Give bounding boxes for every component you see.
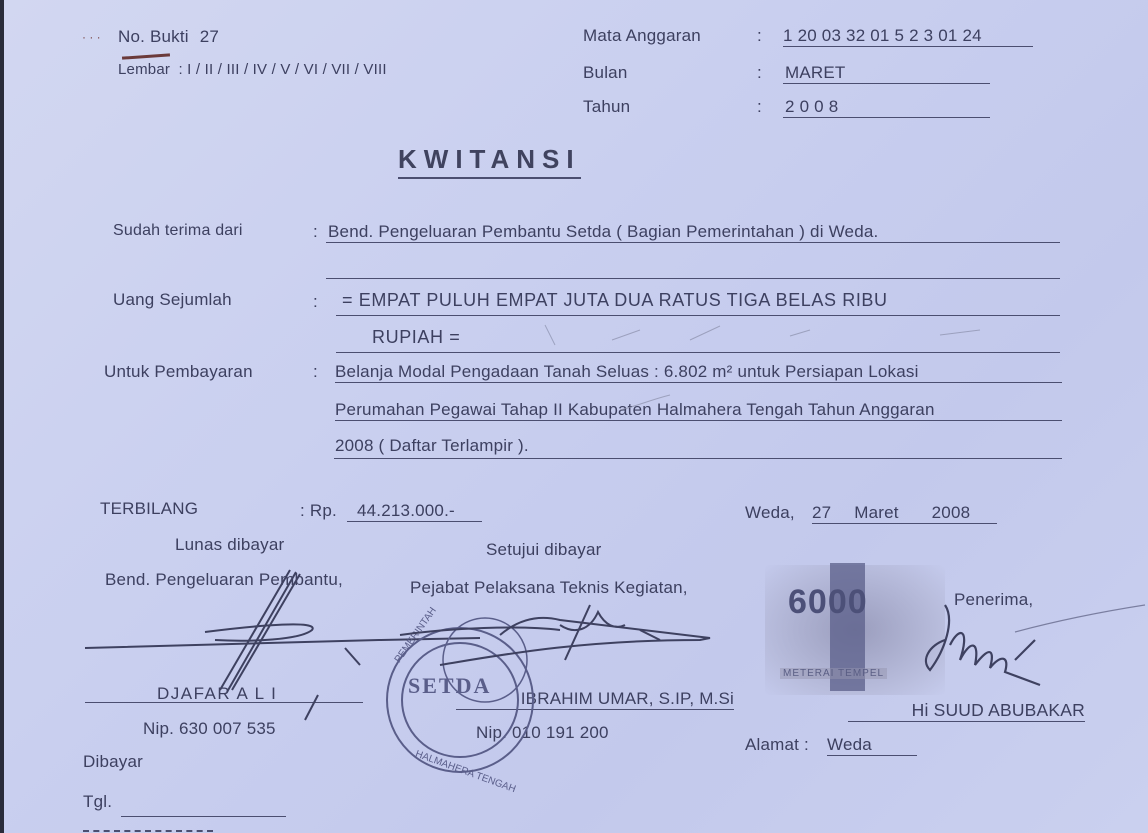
lembar-field: Lembar : I / II / III / IV / V / VI / VI… (118, 61, 387, 78)
sudah-terima-value: Bend. Pengeluaran Pembantu Setda ( Bagia… (328, 222, 878, 242)
svg-text:HALMAHERA TENGAH: HALMAHERA TENGAH (414, 749, 517, 796)
line (326, 278, 1060, 279)
sudah-terima-label: Sudah terima dari (113, 222, 243, 240)
dibayar-label: Dibayar (83, 752, 143, 772)
date-year: 2008 (932, 503, 971, 522)
document-title: KWITANSI (398, 144, 581, 179)
line (336, 315, 1060, 316)
purpose-line3: 2008 ( Daftar Terlampir ). (335, 436, 529, 456)
center-role: Pejabat Pelaksana Teknis Kegiatan, (410, 578, 688, 598)
svg-text:PEMERINTAH: PEMERINTAH (393, 605, 439, 664)
line (336, 352, 1060, 353)
amount-in-words-line2: RUPIAH = (372, 327, 460, 348)
rp-prefix: : Rp. (300, 501, 337, 521)
revenue-stamp-value: 6000 (788, 583, 868, 622)
bulan-label: Bulan (583, 63, 627, 83)
date-day: 27 (812, 503, 831, 522)
receipt-number: No. Bukti 27 (118, 27, 219, 47)
date-place: Weda, (745, 503, 795, 523)
colon: : (757, 97, 762, 117)
tahun-label: Tahun (583, 97, 630, 117)
center-status: Setujui dibayar (486, 540, 601, 560)
alamat-label: Alamat : (745, 735, 809, 755)
left-nip: Nip. 630 007 535 (143, 719, 276, 739)
bulan-value: MARET (783, 63, 990, 84)
untuk-pembayaran-label: Untuk Pembayaran (104, 362, 253, 382)
tgl-line (121, 816, 286, 817)
colon: : (757, 63, 762, 83)
right-name: Hi SUUD ABUBAKAR (848, 700, 1085, 722)
purpose-line2: Perumahan Pegawai Tahap II Kabupaten Hal… (335, 400, 1062, 421)
amount-in-words-line1: = EMPAT PULUH EMPAT JUTA DUA RATUS TIGA … (342, 290, 888, 311)
revenue-stamp-label: METERAI TEMPEL (780, 668, 887, 679)
line (334, 458, 1062, 459)
uang-sejumlah-label: Uang Sejumlah (113, 290, 232, 310)
left-name: DJAFAR A L I (157, 684, 277, 704)
date-value: 27 Maret 2008 (812, 503, 997, 524)
right-role: Penerima, (954, 590, 1033, 610)
colon: : (757, 26, 762, 46)
colon: : (313, 292, 318, 312)
amount-value: 44.213.000.- (347, 501, 482, 522)
photo-edge (0, 0, 4, 833)
purpose-line1: Belanja Modal Pengadaan Tanah Seluas : 6… (335, 362, 1062, 383)
line (326, 242, 1060, 243)
colon: : (313, 222, 318, 242)
tahun-value: 2 0 0 8 (783, 97, 990, 118)
pen-underline (122, 53, 170, 59)
date-month: Maret (854, 503, 898, 522)
receipt-number-value: 27 (200, 27, 219, 46)
center-nip: Nip. 010 191 200 (476, 723, 609, 743)
lembar-value: : I / II / III / IV / V / VI / VII / VII… (178, 61, 386, 78)
mata-anggaran-value: 1 20 03 32 01 5 2 3 01 24 (783, 26, 1033, 47)
ink-mark: · · · (82, 30, 101, 44)
left-status: Lunas dibayar (175, 535, 284, 555)
right-signature (926, 605, 1145, 685)
center-signature (400, 605, 710, 665)
terbilang-label: TERBILANG (100, 499, 198, 519)
center-name: IBRAHIM UMAR, S.IP, M.Si (456, 689, 734, 710)
tgl-label: Tgl. (83, 792, 112, 812)
left-role: Bend. Pengeluaran Pembantu, (105, 570, 343, 590)
dashed-line (83, 830, 213, 832)
receipt-number-label: No. Bukti (118, 27, 189, 46)
mata-anggaran-label: Mata Anggaran (583, 26, 701, 46)
colon: : (313, 362, 318, 382)
alamat-value: Weda (827, 735, 917, 756)
lembar-label: Lembar (118, 61, 170, 78)
